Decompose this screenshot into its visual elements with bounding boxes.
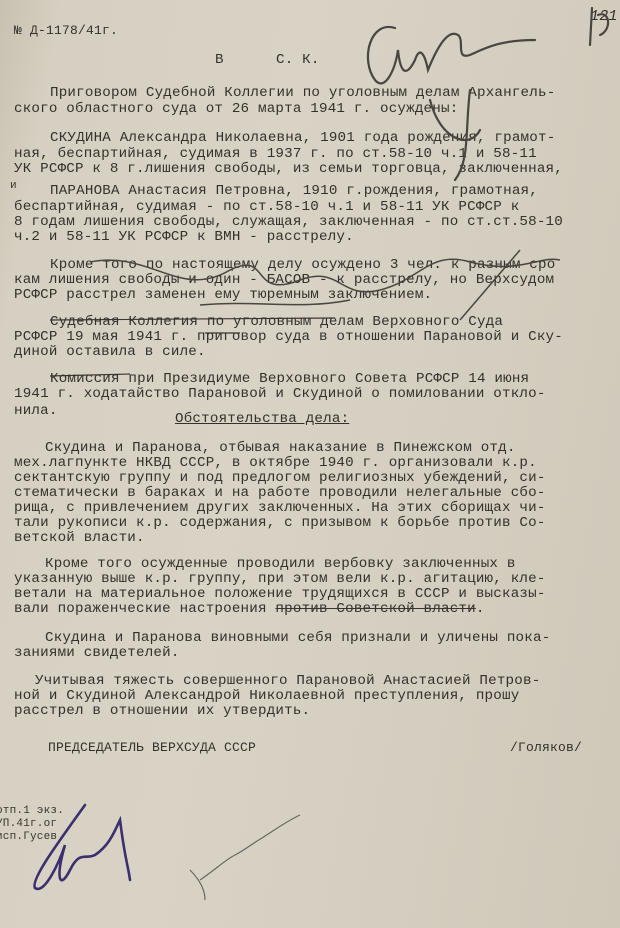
page-mark: 121 <box>590 8 618 25</box>
addressee: В С. К. <box>215 52 320 68</box>
kuznetsov-signature-icon <box>190 815 300 900</box>
signatory-title: ПРЕДСЕДАТЕЛЬ ВЕРХСУДА СССР <box>48 740 256 755</box>
document-page: № Д-1178/41г. В С. К. 121 Приговором Суд… <box>0 0 620 928</box>
struck-text: против Советской власти <box>275 601 475 617</box>
document-number: № Д-1178/41г. <box>14 23 118 38</box>
signatory-name: /Голяков/ <box>510 740 582 755</box>
section-title: Обстоятельства дела: <box>175 411 349 427</box>
